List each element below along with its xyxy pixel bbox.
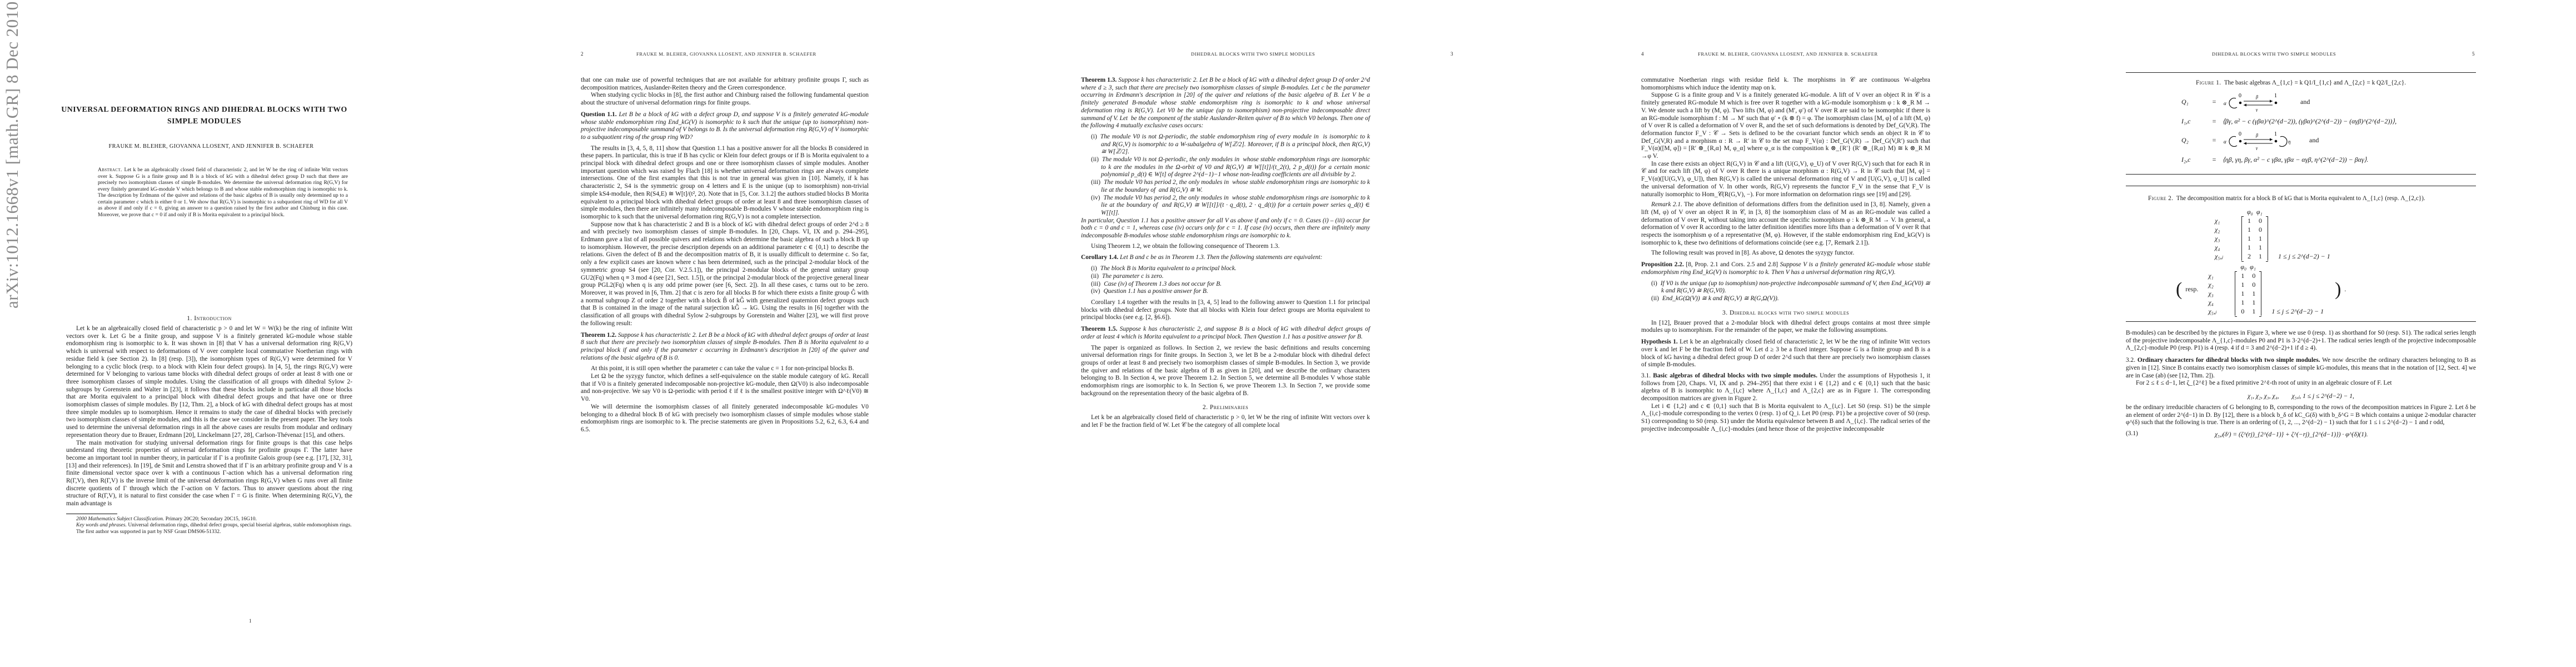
svg-text:0: 0 xyxy=(2239,131,2241,137)
abstract-label: Abstract. xyxy=(98,167,122,173)
section-introduction: 1. Introduction Let k be an algebraicall… xyxy=(66,308,352,535)
list-item: (ii)The parameter c is zero. xyxy=(1081,273,1370,281)
paragraph: Using Theorem 1.2, we obtain the followi… xyxy=(1081,243,1370,251)
running-head: FRAUKE M. BLEHER, GIOVANNA LLOSENT, AND … xyxy=(636,51,816,57)
page-1: arXiv:1012.1668v1 [math.GR] 8 Dec 2010 U… xyxy=(0,0,364,667)
theorem-1-5: Theorem 1.5. Suppose k has characteristi… xyxy=(1081,326,1370,341)
matrix-2-body: 10 10 11 11 01 xyxy=(2235,271,2261,316)
paragraph: Suppose now that k has characteristic 2 … xyxy=(581,221,869,328)
svg-text:β: β xyxy=(2255,94,2258,99)
subsection-3-1: 3.1. Basic algebras of dihedral blocks w… xyxy=(1641,372,1930,403)
paren-left: ( xyxy=(2176,265,2182,315)
page-number: 2 xyxy=(581,51,584,57)
matrix-1-body: 10 10 11 11 21 xyxy=(2241,216,2268,261)
decomposition-matrix-2: ( resp. φ₀ φ₁ χ₁ χ₂ χ₃ χ₄ χ₅,ⱼ xyxy=(2176,263,2370,316)
paragraph: commutative Noetherian rings with residu… xyxy=(1641,77,1930,92)
footnote: 2000 Mathematics Subject Classification.… xyxy=(66,516,352,523)
paragraph: Let k be an algebraically closed field o… xyxy=(1081,414,1370,429)
i1-row: I₁,c = ⟨βγ, α² − c (γβα)^(2^(d−2)), (γβα… xyxy=(2181,117,2476,126)
list-item: (i)The block B is Morita equivalent to a… xyxy=(1081,265,1370,273)
svg-text:γ: γ xyxy=(2256,146,2258,150)
figure-2-caption: Figure 2. The decomposition matrix for a… xyxy=(2148,195,2454,203)
list-item: (ii)The module V0 is not Ω-periodic, the… xyxy=(1081,156,1370,179)
svg-text:1: 1 xyxy=(2274,93,2277,99)
section-heading: 1. Introduction xyxy=(66,315,352,322)
list-item: (i)The module V0 is not Ω-periodic, the … xyxy=(1081,133,1370,156)
quiver-q1: α 0 β γ 1 and xyxy=(2223,93,2310,112)
svg-text:0: 0 xyxy=(2239,93,2241,99)
running-head: FRAUKE M. BLEHER, GIOVANNA LLOSENT, AND … xyxy=(1698,51,1878,57)
figure-rule xyxy=(2126,186,2476,186)
proposition-2-2: Proposition 2.2. [8, Prop. 2.1 and Cors.… xyxy=(1641,261,1930,276)
q2-row: Q₂ = α 0 β γ 1 xyxy=(2181,131,2476,150)
paragraph: The paper is organized as follows. In Se… xyxy=(1081,345,1370,398)
equation-3-1: (3.1) χ₅,ⱼ(δʳ) = (ζ^(rj)_{2^(d−1)} + ζ^(… xyxy=(2126,430,2476,438)
paragraph: B-modules) can be described by the pictu… xyxy=(2126,330,2476,352)
paragraph: The following result was proved in [8]. … xyxy=(1641,250,1930,257)
page-number: 1 xyxy=(249,618,252,624)
paragraph: When studying cyclic blocks in [8], the … xyxy=(581,92,869,107)
section-heading: 3. Dihedral blocks with two simple modul… xyxy=(1641,310,1930,316)
row-labels: χ₁ χ₂ χ₃ χ₄ χ₅,ⱼ xyxy=(2215,216,2241,261)
figure-rule xyxy=(2126,321,2476,322)
figure-rule xyxy=(2126,72,2476,73)
page-5-body: Figure 1. The basic algebras Λ_{1,c} = k… xyxy=(2126,72,2476,438)
svg-text:α: α xyxy=(2224,139,2226,145)
paragraph: The results in [3, 4, 5, 8, 11] show tha… xyxy=(581,145,869,221)
corollary-1-4: Corollary 1.4. Let B and c be as in Theo… xyxy=(1081,254,1370,262)
footnote: The first author was supported in part b… xyxy=(66,529,352,536)
page-3: DIHEDRAL BLOCKS WITH TWO SIMPLE MODULES … xyxy=(1081,0,1470,667)
footnote-rule xyxy=(66,514,117,514)
paragraph: For 2 ≤ ℓ ≤ d−1, let ζ_{2^ℓ} be a fixed … xyxy=(2126,380,2476,387)
paren-right: ) xyxy=(2335,265,2341,315)
page-number: 3 xyxy=(1451,51,1453,57)
page-3-body: Theorem 1.3. Suppose k has characteristi… xyxy=(1081,77,1370,430)
figure-1: Q₁ = α 0 β γ 1 xyxy=(2126,93,2476,164)
page-5-text: B-modules) can be described by the pictu… xyxy=(2126,330,2476,438)
decomposition-matrix-1: φ₀ φ₁ χ₁ χ₂ χ₃ χ₄ χ₅,ⱼ 10 10 11 xyxy=(2215,208,2381,261)
list-item: (iv)Question 1.1 has a positive answer f… xyxy=(1081,288,1370,296)
paragraph: At this point, it is still open whether … xyxy=(581,365,869,373)
page-number: 5 xyxy=(2472,51,2475,57)
quiver-q2: α 0 β γ 1 η and xyxy=(2223,131,2319,150)
hypothesis-1: Hypothesis 1. Let k be an algebraically … xyxy=(1641,339,1930,369)
svg-text:α: α xyxy=(2224,101,2226,106)
svg-text:β: β xyxy=(2255,133,2258,138)
abstract-text: Let k be an algebraically closed field o… xyxy=(98,167,348,218)
list-item: (ii)End_kG(Ω(V)) ≅ k and R(G,V) ≅ R(G,Ω(… xyxy=(1641,295,1930,303)
paragraph: In [12], Brauer proved that a 2-modular … xyxy=(1641,320,1930,335)
paragraph: that one can make use of powerful techni… xyxy=(581,77,869,92)
list-item: (iii)The module V0 has period 2, the onl… xyxy=(1081,179,1370,194)
svg-text:η: η xyxy=(2288,139,2291,145)
paragraph: Let i ∈ {1,2} and c ∈ {0,1} such that B … xyxy=(1641,403,1930,434)
i2-row: I₂,c = ⟨ηβ, γη, βγ, α² − c γβα, γβα − αγ… xyxy=(2181,156,2476,164)
paragraph: Let k be an algebraically closed field o… xyxy=(66,325,352,440)
list-item: (iii)Case (iv) of Theorem 1.3 does not o… xyxy=(1081,281,1370,288)
paragraph: Corollary 1.4 together with the results … xyxy=(1081,299,1370,322)
footnote: Key words and phrases. Universal deforma… xyxy=(66,522,352,529)
running-head: DIHEDRAL BLOCKS WITH TWO SIMPLE MODULES xyxy=(1191,51,1315,57)
figure-1-caption: Figure 1. The basic algebras Λ_{1,c} = k… xyxy=(2126,79,2476,87)
display-equation: χ₁, χ₂, χ₃, χ₄, χ₅,ⱼ, 1 ≤ j ≤ 2^(d−2) − … xyxy=(2126,392,2476,400)
question-1-1: Question 1.1. Let B be a block of kG wit… xyxy=(581,111,869,142)
paper-title: UNIVERSAL DEFORMATION RINGS AND DIHEDRAL… xyxy=(53,103,356,127)
quiver-q1-diagram: α 0 β γ 1 xyxy=(2223,93,2289,112)
remark-2-1: Remark 2.1. The above definition of defo… xyxy=(1641,201,1930,247)
paragraph: In particular, Question 1.1 has a positi… xyxy=(1081,217,1370,240)
theorem-1-2: Theorem 1.2. Suppose k has characteristi… xyxy=(581,332,869,362)
page-number: 4 xyxy=(1641,51,1644,57)
page-5: DIHEDRAL BLOCKS WITH TWO SIMPLE MODULES … xyxy=(2101,0,2576,667)
page-2-body: that one can make use of powerful techni… xyxy=(581,77,869,434)
footnotes: 2000 Mathematics Subject Classification.… xyxy=(66,516,352,536)
paragraph: be the ordinary irreducible characters o… xyxy=(2126,404,2476,427)
list-item: (i)If V0 is the unique (up to isomophism… xyxy=(1641,280,1930,295)
figure-rule xyxy=(2126,174,2476,175)
svg-text:1: 1 xyxy=(2274,131,2277,137)
paragraph: The main motivation for studying univers… xyxy=(66,440,352,508)
running-head: DIHEDRAL BLOCKS WITH TWO SIMPLE MODULES xyxy=(2212,51,2336,57)
page-4-body: commutative Noetherian rings with residu… xyxy=(1641,77,1930,434)
page-4: 4 FRAUKE M. BLEHER, GIOVANNA LLOSENT, AN… xyxy=(1476,0,1976,667)
subsection-3-2: 3.2. Ordinary characters for dihedral bl… xyxy=(2126,357,2476,380)
title-line-2: SIMPLE MODULES xyxy=(53,115,356,127)
page-2: 2 FRAUKE M. BLEHER, GIOVANNA LLOSENT, AN… xyxy=(578,0,881,667)
paragraph: Let Ω be the syzygy functor, which defin… xyxy=(581,373,869,404)
title-line-1: UNIVERSAL DEFORMATION RINGS AND DIHEDRAL… xyxy=(53,103,356,115)
q1-row: Q₁ = α 0 β γ 1 xyxy=(2181,93,2476,112)
list-item: (iv)The module V0 has period 2, the only… xyxy=(1081,195,1370,217)
arxiv-stamp: arXiv:1012.1668v1 [math.GR] 8 Dec 2010 xyxy=(2,1,22,308)
svg-text:γ: γ xyxy=(2256,107,2258,112)
theorem-1-3: Theorem 1.3. Suppose k has characteristi… xyxy=(1081,77,1370,130)
section-heading: 2. Preliminaries xyxy=(1081,404,1370,411)
abstract: Abstract.Let k be an algebraically close… xyxy=(98,167,348,218)
paragraph: In case there exists an object R(G,V) in… xyxy=(1641,161,1930,199)
paragraph: We will determine the isomorphism classe… xyxy=(581,404,869,434)
paper-authors: FRAUKE M. BLEHER, GIOVANNA LLOSENT, AND … xyxy=(83,143,339,150)
paragraph: Suppose G is a finite group and V is a f… xyxy=(1641,92,1930,160)
quiver-q2-diagram: α 0 β γ 1 η xyxy=(2223,131,2300,150)
